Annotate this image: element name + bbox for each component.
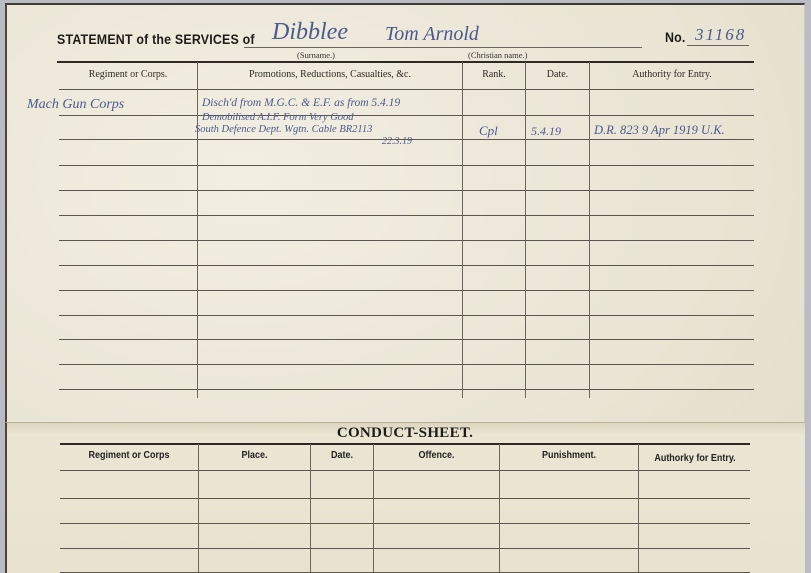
col-divider [197, 62, 198, 398]
name-underline [244, 47, 642, 48]
entry-promotion-line-2: Demobilised A.I.F. Form Very Good [202, 112, 354, 123]
conduct-sheet-panel: CONDUCT-SHEET. Regiment or Corps Place. … [5, 422, 805, 573]
statement-table-top-rule [57, 61, 754, 63]
col-header-date: Date. [526, 69, 589, 80]
entry-authority: D.R. 823 9 Apr 1919 U.K. [594, 123, 725, 138]
conduct-table-top-rule [60, 443, 750, 445]
number-underline [687, 45, 749, 46]
entry-rank: Cpl [479, 123, 498, 139]
col-header-authority: Authority for Entry. [590, 69, 754, 80]
col-divider [198, 444, 199, 573]
entry-regiment: Mach Gun Corps [27, 97, 124, 113]
entry-promotion-line-1: Disch'd from M.G.C. & E.F. as from 5.4.1… [202, 97, 400, 109]
christian-name-value: Tom Arnold [385, 23, 479, 46]
conduct-header-authority: Authorky for Entry. [645, 453, 746, 464]
col-header-promotions: Promotions, Reductions, Casualties, &c. [198, 69, 462, 80]
number-label: No. [665, 30, 686, 45]
col-divider [638, 444, 639, 573]
col-divider [373, 444, 374, 573]
col-divider [525, 62, 526, 398]
conduct-header-place: Place. [205, 450, 305, 461]
conduct-header-regiment: Regiment or Corps [67, 450, 191, 461]
col-divider [589, 62, 590, 398]
entry-date: 5.4.19 [531, 124, 561, 139]
entry-promotion-line-3: South Defence Dept. Wgtn. Cable BR2113 [195, 124, 372, 135]
conduct-header-punishment: Punishment. [507, 450, 631, 461]
conduct-sheet-title: CONDUCT-SHEET. [7, 425, 803, 442]
col-divider [462, 62, 463, 398]
entry-promotion-line-4: 22.3.19 [382, 136, 412, 147]
col-header-rank: Rank. [463, 69, 525, 80]
conduct-header-date: Date. [314, 450, 370, 461]
conduct-header-offence: Offence. [380, 450, 493, 461]
surname-label: (Surname.) [297, 50, 335, 60]
christian-name-label: (Christian name.) [468, 50, 527, 60]
surname-value: Dibblee [272, 19, 348, 46]
statement-title: STATEMENT of the SERVICES of [57, 32, 255, 47]
service-number: 31168 [695, 25, 746, 45]
col-header-regiment: Regiment or Corps. [59, 69, 197, 80]
col-divider [499, 444, 500, 573]
col-divider [310, 444, 311, 573]
